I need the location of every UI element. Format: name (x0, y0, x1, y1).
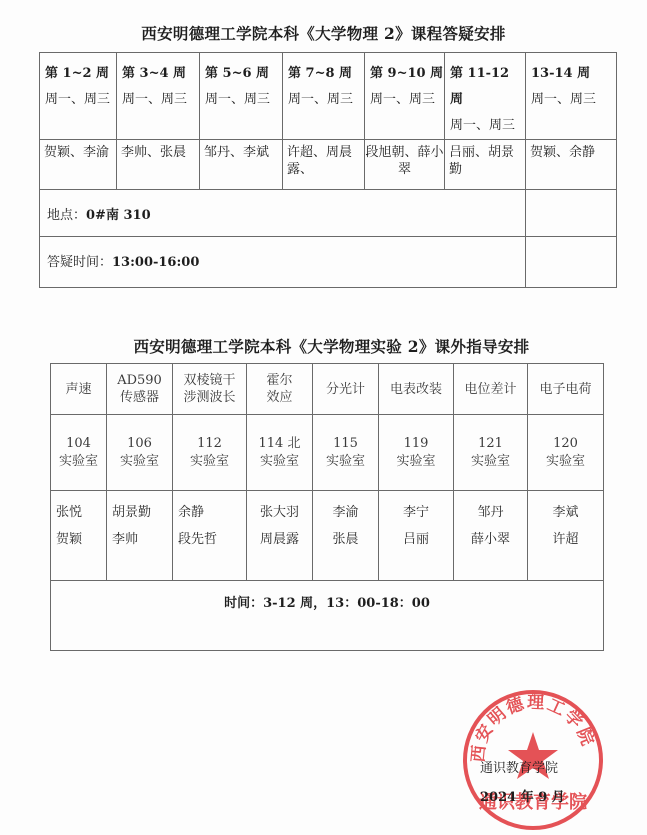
days-label: 周一、周三 (288, 92, 353, 107)
room-label: 实验室 (471, 454, 510, 469)
days-label: 周一、周三 (531, 92, 596, 107)
staff-cell: 李宁吕丽 (379, 491, 454, 581)
experiment-cell: 霍尔效应 (247, 364, 313, 415)
empty-cell (526, 190, 617, 237)
staff-cell: 余静段先哲 (173, 491, 247, 581)
staff-name: 周晨露 (260, 532, 299, 547)
experiment-cell: AD590传感器 (107, 364, 173, 415)
room-row: 104实验室 106实验室 112实验室 114 北实验室 115实验室 119… (51, 415, 604, 491)
time-row: 答疑时间：13:00-16:00 (40, 237, 617, 288)
week-label: 13-14 周 (531, 61, 616, 87)
week-label: 第 3~4 周 (122, 61, 199, 87)
staff-cell: 张悦贺颖 (51, 491, 107, 581)
week-cell: 第 9~10 周周一、周三 (365, 53, 445, 140)
tutor-cell: 段旭朝、薛小翠 (365, 140, 445, 190)
days-label: 周一、周三 (450, 118, 515, 133)
staff-name: 薛小翠 (471, 532, 510, 547)
tutor-cell: 贺颖、李渝 (40, 140, 117, 190)
room-cell: 104实验室 (51, 415, 107, 491)
lab-time-cell: 时间：3-12 周，13：00-18：00 (51, 581, 604, 651)
time-label: 答疑时间： (47, 255, 112, 270)
week-label: 第 9~10 周 (370, 61, 444, 87)
room-label: 实验室 (260, 454, 299, 469)
room-label: 实验室 (396, 454, 435, 469)
week-cell: 第 3~4 周周一、周三 (117, 53, 200, 140)
staff-name: 余静 (178, 505, 204, 520)
room-number: 115 (333, 436, 358, 451)
week-header-row: 第 1~2 周周一、周三 第 3~4 周周一、周三 第 5~6 周周一、周三 第… (40, 53, 617, 140)
experiment-name: 电子电荷 (539, 382, 591, 397)
room-label: 实验室 (326, 454, 365, 469)
staff-name: 吕丽 (403, 532, 429, 547)
location-label: 地点： (47, 208, 86, 223)
week-cell: 第 7~8 周周一、周三 (283, 53, 365, 140)
room-number: 112 (197, 436, 222, 451)
staff-name: 邹丹 (477, 505, 503, 520)
time-value: 13:00-16:00 (112, 255, 199, 270)
staff-name: 段先哲 (178, 532, 217, 547)
signature-org: 通识教育学院 (480, 757, 558, 776)
experiment-cell: 双棱镜干涉测波长 (173, 364, 247, 415)
time-cell: 答疑时间：13:00-16:00 (40, 237, 526, 288)
staff-name: 张晨 (332, 532, 358, 547)
experiment-cell: 电表改装 (379, 364, 454, 415)
experiment-row: 声速 AD590传感器 双棱镜干涉测波长 霍尔效应 分光计 电表改装 电位差计 … (51, 364, 604, 415)
experiment-cell: 电子电荷 (528, 364, 604, 415)
room-number: 121 (478, 436, 503, 451)
staff-name: 李宁 (403, 505, 429, 520)
qa-schedule-title: 西安明德理工学院本科《大学物理 2》课程答疑安排 (0, 22, 647, 44)
week-cell: 第 5~6 周周一、周三 (200, 53, 283, 140)
tutor-cell: 李帅、张晨 (117, 140, 200, 190)
tutor-row: 贺颖、李渝 李帅、张晨 邹丹、李斌 许超、周晨露、 段旭朝、薛小翠 吕丽、胡景勤… (40, 140, 617, 190)
room-label: 实验室 (59, 454, 98, 469)
room-cell: 120实验室 (528, 415, 604, 491)
experiment-name: 电位差计 (464, 382, 516, 397)
week-cell: 13-14 周周一、周三 (526, 53, 617, 140)
experiment-cell: 电位差计 (454, 364, 528, 415)
experiment-name: 电表改装 (390, 382, 442, 397)
staff-cell: 胡景勤李帅 (107, 491, 173, 581)
location-row: 地点：0#南 310 (40, 190, 617, 237)
signature-date: 2024 年 9 月 (480, 786, 565, 805)
room-number: 119 (404, 436, 429, 451)
tutor-cell: 吕丽、胡景勤 (445, 140, 526, 190)
staff-name: 胡景勤 (112, 505, 151, 520)
lab-schedule-title: 西安明德理工学院本科《大学物理实验 2》课外指导安排 (8, 335, 647, 357)
days-label: 周一、周三 (370, 92, 435, 107)
room-cell: 115实验室 (313, 415, 379, 491)
staff-row: 张悦贺颖 胡景勤李帅 余静段先哲 张大羽周晨露 李渝张晨 李宁吕丽 邹丹薛小翠 … (51, 491, 604, 581)
week-label: 第 5~6 周 (205, 61, 282, 87)
staff-name: 张悦 (56, 505, 82, 520)
tutor-cell: 贺颖、余静 (526, 140, 617, 190)
week-label: 第 7~8 周 (288, 61, 364, 87)
time-row: 时间：3-12 周，13：00-18：00 (51, 581, 604, 651)
days-label: 周一、周三 (122, 92, 187, 107)
week-label: 第 11-12 周 (450, 61, 525, 113)
room-number: 120 (553, 436, 578, 451)
room-cell: 112实验室 (173, 415, 247, 491)
staff-name: 李渝 (332, 505, 358, 520)
qa-schedule-table: 第 1~2 周周一、周三 第 3~4 周周一、周三 第 5~6 周周一、周三 第… (39, 52, 617, 288)
experiment-name: 声速 (65, 382, 91, 397)
experiment-cell: 分光计 (313, 364, 379, 415)
staff-name: 许超 (552, 532, 578, 547)
staff-cell: 张大羽周晨露 (247, 491, 313, 581)
staff-cell: 邹丹薛小翠 (454, 491, 528, 581)
room-cell: 121实验室 (454, 415, 528, 491)
week-cell: 第 1~2 周周一、周三 (40, 53, 117, 140)
empty-cell (526, 237, 617, 288)
experiment-name: 分光计 (326, 382, 365, 397)
staff-name: 李帅 (112, 532, 138, 547)
week-label: 第 1~2 周 (45, 61, 116, 87)
staff-cell: 李斌许超 (528, 491, 604, 581)
staff-cell: 李渝张晨 (313, 491, 379, 581)
week-cell: 第 11-12 周周一、周三 (445, 53, 526, 140)
room-label: 实验室 (120, 454, 159, 469)
room-cell: 119实验室 (379, 415, 454, 491)
staff-name: 李斌 (552, 505, 578, 520)
days-label: 周一、周三 (205, 92, 270, 107)
location-value: 0#南 310 (86, 208, 151, 223)
location-cell: 地点：0#南 310 (40, 190, 526, 237)
room-number: 114 北 (259, 436, 301, 451)
tutor-cell: 邹丹、李斌 (200, 140, 283, 190)
experiment-cell: 声速 (51, 364, 107, 415)
staff-name: 贺颖 (56, 532, 82, 547)
room-label: 实验室 (546, 454, 585, 469)
lab-schedule-table: 声速 AD590传感器 双棱镜干涉测波长 霍尔效应 分光计 电表改装 电位差计 … (50, 363, 604, 651)
room-number: 104 (66, 436, 91, 451)
room-number: 106 (127, 436, 152, 451)
staff-name: 张大羽 (260, 505, 299, 520)
room-label: 实验室 (190, 454, 229, 469)
tutor-cell: 许超、周晨露、 (283, 140, 365, 190)
room-cell: 106实验室 (107, 415, 173, 491)
room-cell: 114 北实验室 (247, 415, 313, 491)
days-label: 周一、周三 (45, 92, 110, 107)
